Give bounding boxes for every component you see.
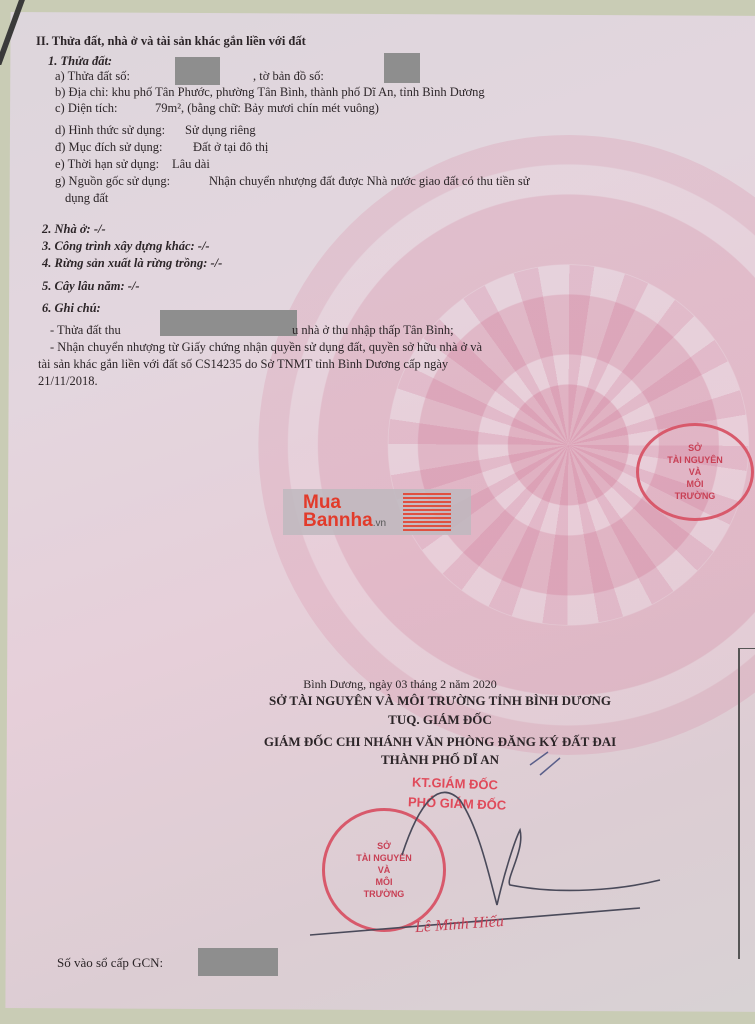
gcn-register-label: Số vào sổ cấp GCN: — [57, 955, 163, 971]
redacted-gcn-number — [198, 948, 278, 976]
signature-scribble — [0, 0, 755, 1024]
right-border-frame — [738, 648, 755, 959]
